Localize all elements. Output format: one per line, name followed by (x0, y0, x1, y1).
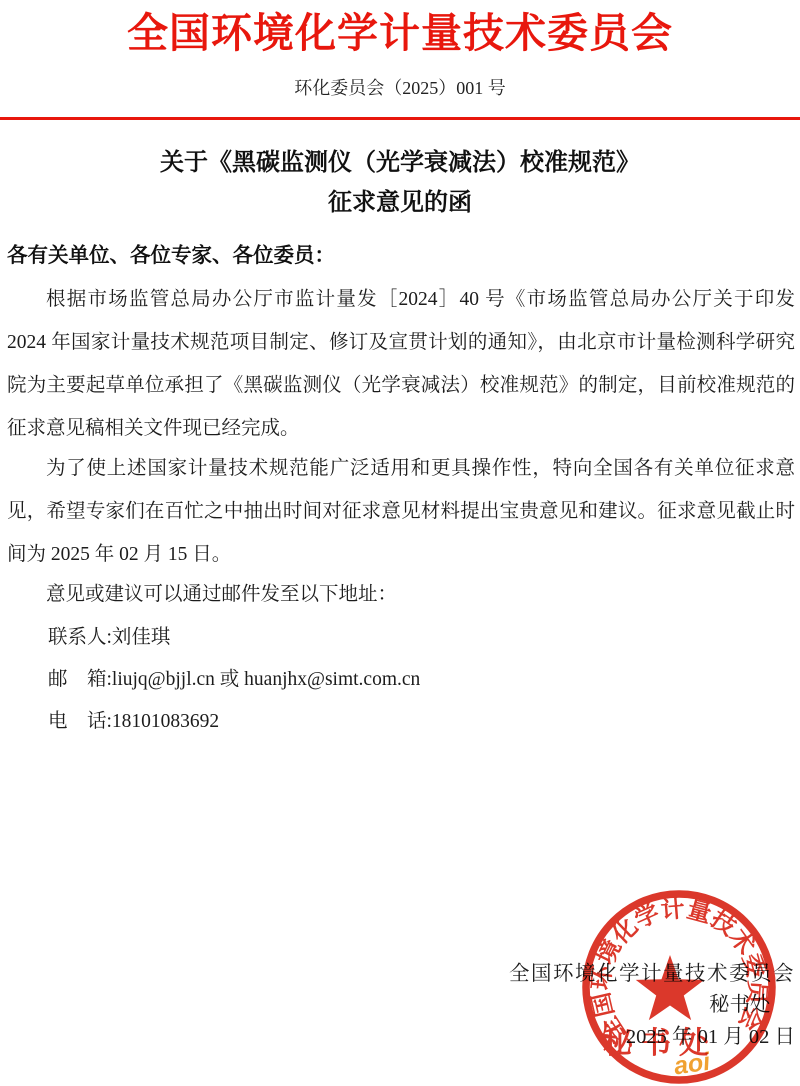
seal-star-icon (636, 955, 704, 1020)
org-title: 全国环境化学计量技术委员会 (0, 8, 800, 58)
document-page: 全国环境化学计量技术委员会 环化委员会（2025）001 号 关于《黑碳监测仪（… (0, 0, 800, 1086)
paragraph-background: 根据市场监管总局办公厅市监计量发［2024］40 号《市场监管总局办公厅关于印发… (7, 278, 795, 450)
subject-title-line2: 征求意见的函 (0, 188, 800, 218)
contact-email: 邮 箱:liujq@bjjl.cn 或 huanjhx@simt.com.cn (48, 659, 795, 701)
seal-center-text: 秘书处 (603, 1027, 717, 1060)
paragraph-request: 为了使上述国家计量技术规范能广泛适用和更具操作性，特向全国各有关单位征求意见，希… (7, 447, 795, 576)
contact-person: 联系人:刘佳琪 (48, 617, 795, 659)
header-divider (0, 117, 800, 120)
official-seal: 全国环境化学计量技术委员会 秘书处 (579, 887, 779, 1086)
salutation: 各有关单位、各位专家、各位委员： (7, 242, 795, 270)
contact-phone: 电 话:18101083692 (48, 701, 795, 743)
contact-block: 联系人:刘佳琪 邮 箱:liujq@bjjl.cn 或 huanjhx@simt… (7, 617, 795, 743)
subject-title-line1: 关于《黑碳监测仪（光学衰减法）校准规范》 (0, 148, 800, 178)
doc-number: 环化委员会（2025）001 号 (0, 76, 800, 100)
paragraph-address-intro: 意见或建议可以通过邮件发至以下地址： (7, 573, 795, 616)
